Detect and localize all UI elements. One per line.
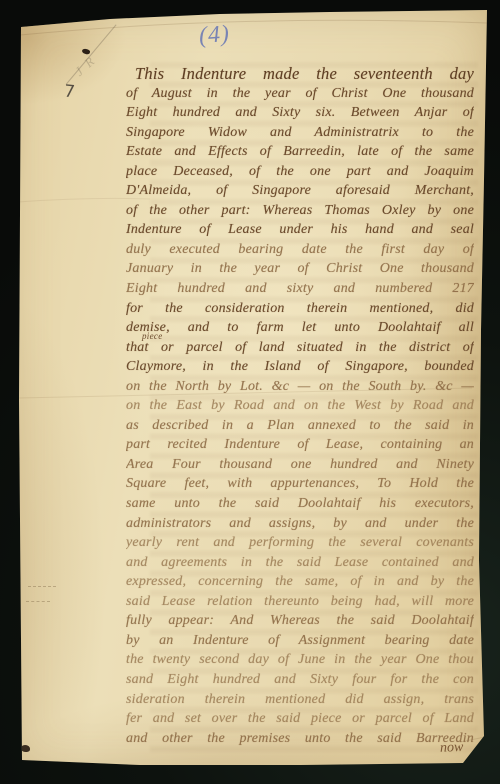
manuscript-line: place Deceased, of the one part and Joaq… xyxy=(126,162,474,182)
manuscript-line: Area Four thousand one hundred and Ninet… xyxy=(126,455,474,475)
manuscript-line: on the North by Lot. &c — on the South b… xyxy=(126,377,474,397)
manuscript-line: Indenture of Lease under his hand and se… xyxy=(126,220,474,240)
manuscript-line: expressed, concerning the same, of in an… xyxy=(126,572,474,592)
page-number: (4) xyxy=(198,21,231,50)
manuscript-text: This Indenture made the seventeenth day … xyxy=(126,64,474,748)
manuscript-line: Singapore Widow and Administratrix to th… xyxy=(126,123,474,143)
manuscript-line: administrators and assigns, by and under… xyxy=(126,514,474,534)
margin-dash xyxy=(28,586,56,587)
manuscript-line: sideration therein mentioned did assign,… xyxy=(126,690,474,710)
manuscript-line: and other the premises unto the said Bar… xyxy=(126,729,474,749)
manuscript-line: Estate and Effects of Barreedin, late of… xyxy=(126,142,474,162)
manuscript-line: of August in the year of Christ One thou… xyxy=(126,84,474,104)
manuscript-line: Claymore, in the Island of Singapore, bo… xyxy=(126,357,474,377)
manuscript-line: January in the year of Christ One thousa… xyxy=(126,259,474,279)
manuscript-line: that or parcel of land situated in the d… xyxy=(126,338,474,358)
manuscript-line: sand Eight hundred and Sixty four for th… xyxy=(126,670,474,690)
manuscript-line: and agreements in the said Lease contain… xyxy=(126,553,474,573)
manuscript-page: Re J R (4) 7 This Indenture made the sev… xyxy=(0,0,500,784)
manuscript-line: part recited Indenture of Lease, contain… xyxy=(126,435,474,455)
manuscript-line: said Lease relation thereunto being had,… xyxy=(126,592,474,612)
manuscript-line: This Indenture made the seventeenth day xyxy=(126,64,474,84)
manuscript-line: as described in a Plan annexed to the sa… xyxy=(126,416,474,436)
manuscript-line: of the other part: Whereas Thomas Oxley … xyxy=(126,201,474,221)
faint-corner-initials: Re xyxy=(0,43,23,79)
manuscript-line: for the consideration therein mentioned,… xyxy=(126,299,474,319)
manuscript-line: by an Indenture of Assignment bearing da… xyxy=(126,631,474,651)
interlinear-insertion: piece xyxy=(142,331,162,341)
manuscript-line: fer and set over the said piece or parce… xyxy=(126,709,474,729)
manuscript-line: Square feet, with appurtenances, To Hold… xyxy=(126,474,474,494)
edge-speck xyxy=(21,745,30,752)
manuscript-line: D'Almeida, of Singapore aforesaid Mercha… xyxy=(126,181,474,201)
catchword: now xyxy=(440,739,481,756)
manuscript-line: on the East by Road and on the West by R… xyxy=(126,396,474,416)
margin-dash xyxy=(26,601,50,602)
pencil-page-mark: 7 xyxy=(63,81,76,102)
manuscript-line: demise, and to farm let unto Doolahtaif … xyxy=(126,318,474,338)
scanner-background: Re J R (4) 7 This Indenture made the sev… xyxy=(0,0,500,784)
manuscript-line: Eight hundred and sixty and numbered 217 xyxy=(126,279,474,299)
manuscript-line: duly executed bearing date the first day… xyxy=(126,240,474,260)
manuscript-line: yearly rent and performing the several c… xyxy=(126,533,474,553)
manuscript-line: Eight hundred and Sixty six. Between Anj… xyxy=(126,103,474,123)
manuscript-line: fully appear: And Whereas the said Doola… xyxy=(126,611,474,631)
manuscript-line: the twenty second day of June in the yea… xyxy=(126,650,474,670)
manuscript-line: same unto the said Doolahtaif his execut… xyxy=(126,494,474,514)
